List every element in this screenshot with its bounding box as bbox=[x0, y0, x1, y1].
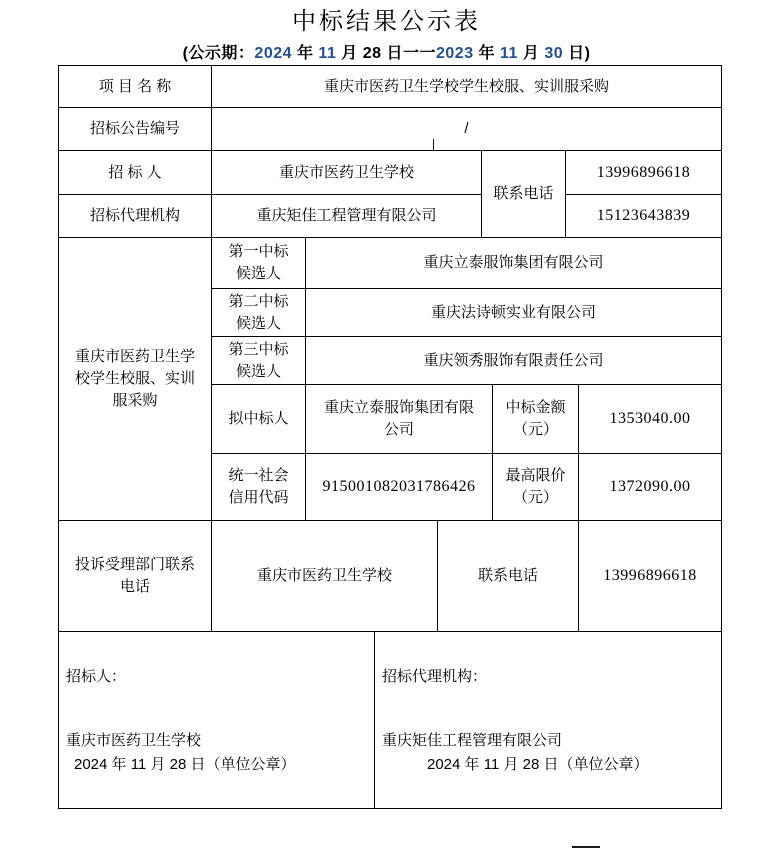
publicity-period-segment: 2024 bbox=[254, 45, 292, 62]
complaint-value: 重庆市医药卫生学校 bbox=[211, 520, 438, 632]
project-group-cell: 重庆市医药卫生学校学生校服、实训服采购 bbox=[58, 237, 212, 521]
publicity-period-segment: 28 日一一 bbox=[363, 45, 436, 62]
publicity-period-segment: 11 bbox=[500, 45, 518, 62]
project-name-label: 项 目 名 称 bbox=[58, 65, 212, 108]
document-page: 中标结果公示表 (公示期：2024 年 11 月 28 日一一2023 年 11… bbox=[0, 0, 773, 854]
max-price-value: 1372090.00 bbox=[578, 453, 722, 521]
project-name-value: 重庆市医药卫生学校学生校服、实训服采购 bbox=[211, 65, 722, 108]
candidate3-value: 重庆领秀服饰有限责任公司 bbox=[305, 336, 722, 385]
signature-tenderer-title: 招标人： bbox=[66, 666, 374, 688]
publicity-period-segment: 月 bbox=[518, 45, 544, 62]
announcement-no-label: 招标公告编号 bbox=[58, 107, 212, 151]
stray-mark-bottom bbox=[572, 846, 600, 848]
agency-label: 招标代理机构 bbox=[58, 194, 212, 238]
publicity-period-segment: 日) bbox=[563, 45, 590, 62]
publicity-period-segment: 年 bbox=[292, 45, 318, 62]
tenderer-value: 重庆市医药卫生学校 bbox=[211, 150, 482, 195]
candidate1-value: 重庆立泰服饰集团有限公司 bbox=[305, 237, 722, 289]
complaint-label: 投诉受理部门联系电话 bbox=[58, 520, 212, 632]
project-group-label: 重庆市医药卫生学校学生校服、实训服采购 bbox=[68, 346, 202, 412]
announcement-no-value: / bbox=[211, 107, 722, 151]
tenderer-phone: 13996896618 bbox=[565, 150, 722, 195]
agency-value: 重庆矩佳工程管理有限公司 bbox=[211, 194, 482, 238]
signature-agency-cell: 招标代理机构： 重庆矩佳工程管理有限公司 2024 年 11 月 28 日（单位… bbox=[374, 631, 722, 809]
publicity-period-segment: 月 bbox=[336, 45, 362, 62]
candidate1-label: 第一中标候选人 bbox=[211, 237, 306, 289]
proposed-winner-label: 拟中标人 bbox=[211, 384, 306, 454]
tenderer-label: 招 标 人 bbox=[58, 150, 212, 195]
signature-agency-date: 2024 年 11 月 28 日（单位公章） bbox=[382, 754, 721, 776]
candidate2-value: 重庆法诗顿实业有限公司 bbox=[305, 288, 722, 337]
stray-caret-mark bbox=[433, 139, 434, 150]
complaint-phone: 13996896618 bbox=[578, 520, 722, 632]
publicity-period-segment: 11 bbox=[318, 45, 336, 62]
candidate3-label: 第三中标候选人 bbox=[211, 336, 306, 385]
publicity-period-segment: 年 bbox=[474, 45, 500, 62]
signature-tenderer-cell: 招标人： 重庆市医药卫生学校 2024 年 11 月 28 日（单位公章） bbox=[58, 631, 375, 809]
publicity-period-segment: 2023 bbox=[436, 45, 474, 62]
credit-code-label: 统一社会信用代码 bbox=[211, 453, 306, 521]
credit-code-value: 915001082031786426 bbox=[305, 453, 493, 521]
award-amount-label: 中标金额（元） bbox=[492, 384, 579, 454]
signature-tenderer-date: 2024 年 11 月 28 日（单位公章） bbox=[66, 754, 374, 776]
page-title: 中标结果公示表 bbox=[0, 1, 773, 36]
publicity-period-segment: (公示期： bbox=[183, 45, 255, 62]
candidate2-label: 第二中标候选人 bbox=[211, 288, 306, 337]
max-price-label: 最高限价（元） bbox=[492, 453, 579, 521]
signature-agency-company: 重庆矩佳工程管理有限公司 bbox=[382, 730, 721, 752]
signature-tenderer-company: 重庆市医药卫生学校 bbox=[66, 730, 374, 752]
publicity-period-segment: 30 bbox=[544, 45, 563, 62]
proposed-winner-value: 重庆立泰服饰集团有限公司 bbox=[305, 384, 493, 454]
contact-phone-label: 联系电话 bbox=[481, 150, 566, 238]
complaint-phone-label: 联系电话 bbox=[437, 520, 579, 632]
agency-phone: 15123643839 bbox=[565, 194, 722, 238]
publicity-period: (公示期：2024 年 11 月 28 日一一2023 年 11 月 30 日) bbox=[0, 40, 773, 63]
signature-agency-title: 招标代理机构： bbox=[382, 666, 721, 688]
award-amount-value: 1353040.00 bbox=[578, 384, 722, 454]
